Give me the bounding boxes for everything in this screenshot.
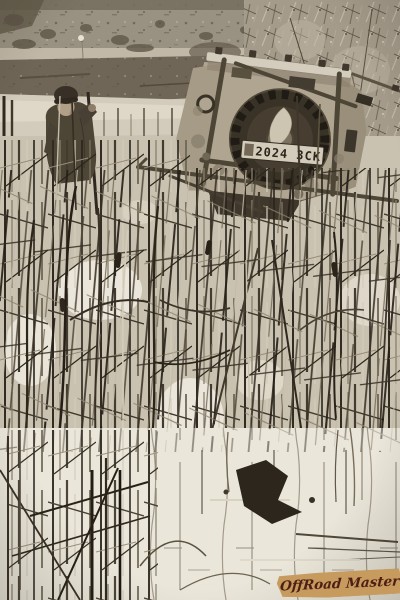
offroad-swamp-photo: 2024 3CK (0, 0, 400, 600)
watermark-text: OffRoad Master (280, 573, 400, 594)
photo-canvas: 2024 3CK (0, 0, 400, 600)
vignette (0, 0, 400, 600)
